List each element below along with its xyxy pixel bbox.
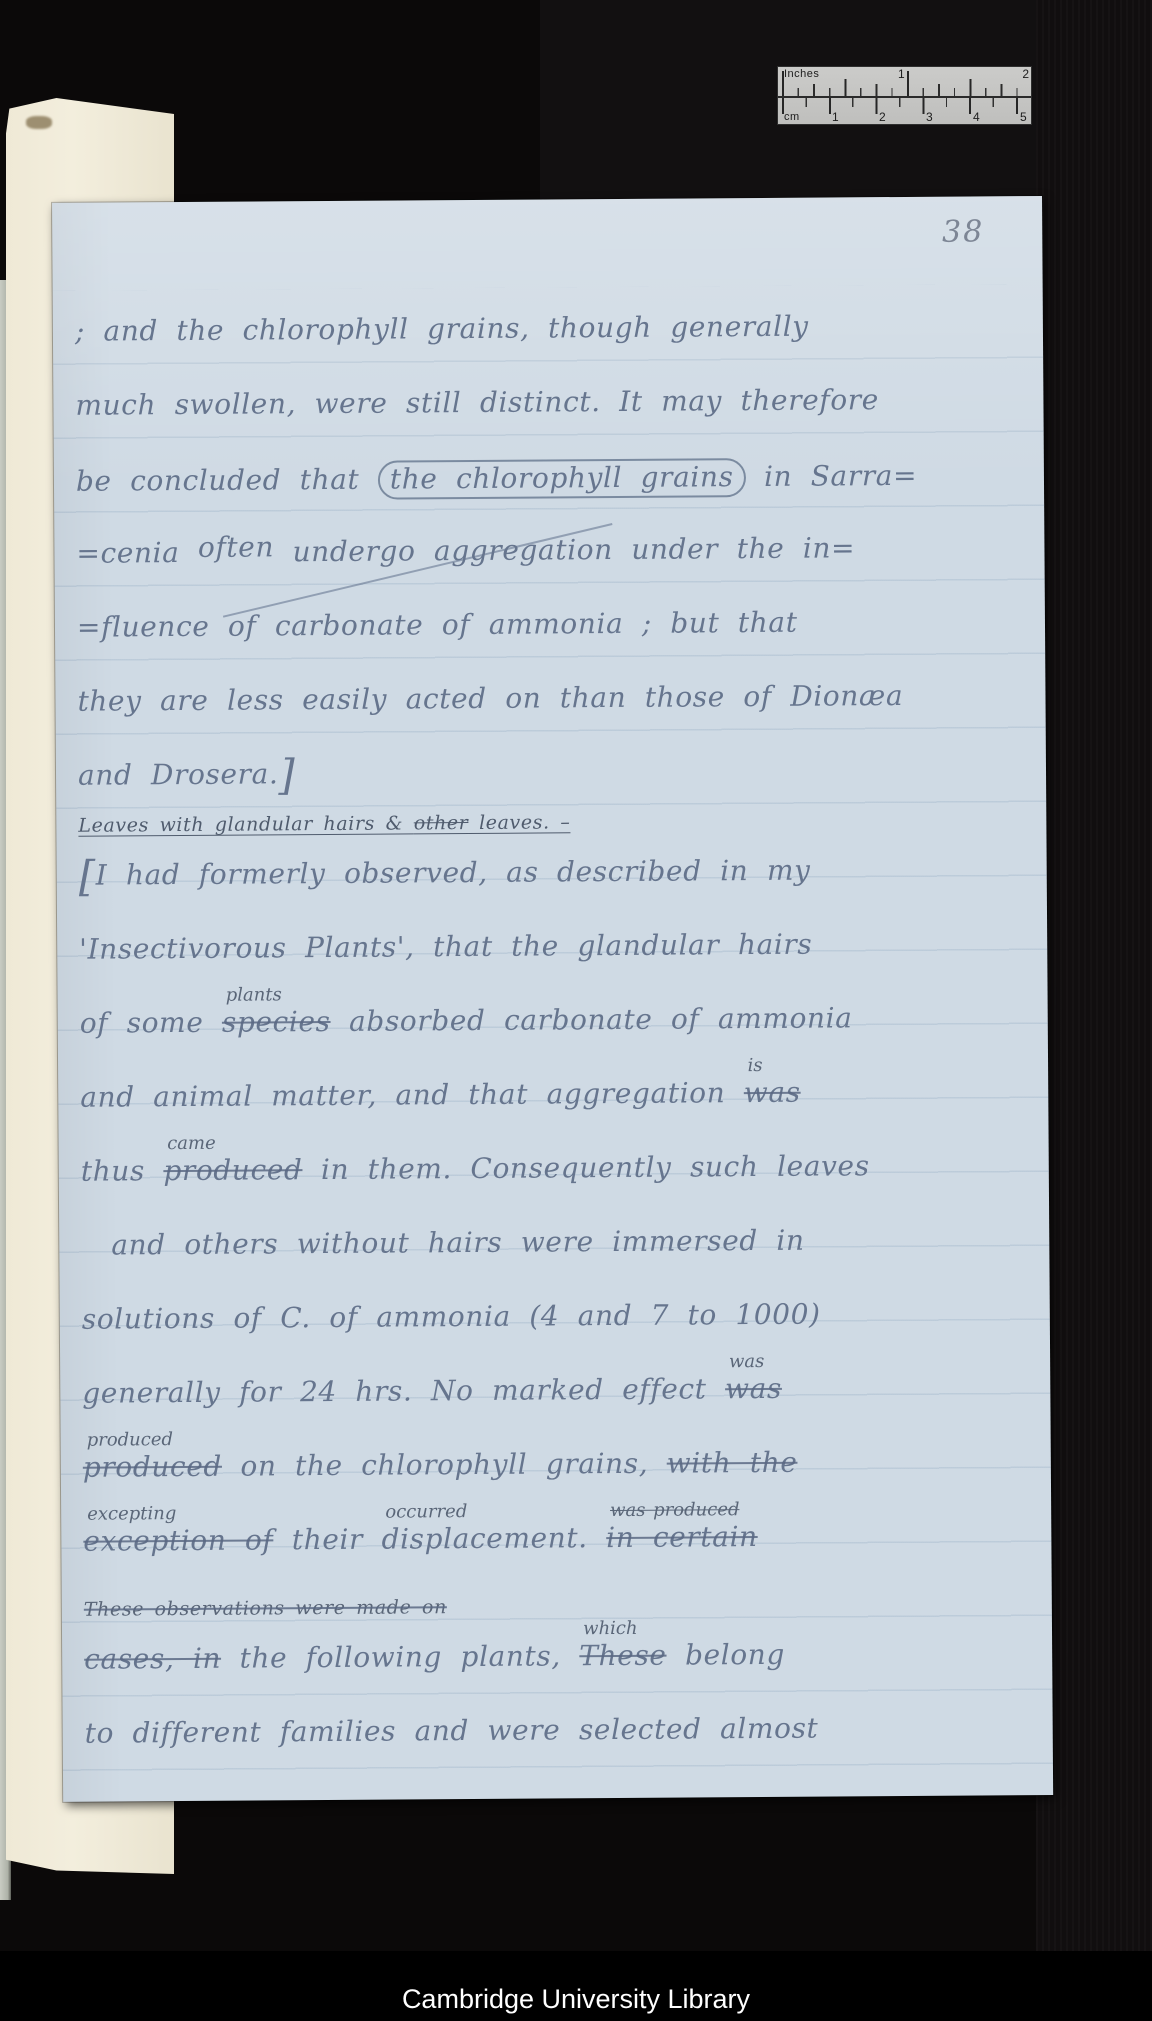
struck-word: other (414, 812, 469, 834)
text-run: the following plants, (221, 1639, 579, 1675)
manuscript-line: cases, in the following plants, Thesewhi… (84, 1636, 1044, 1717)
text-run: leaves. – (468, 811, 570, 834)
struck-word: wasis (744, 1076, 801, 1109)
manuscript-line: solutions of C. of ammonia (4 and 7 to 1… (82, 1296, 1042, 1377)
text-run: of some (80, 1006, 222, 1040)
interlinear-insertion: produced (87, 1429, 173, 1451)
text-run: and others without hairs were immersed i… (111, 1224, 804, 1262)
text-run: =cenia (76, 536, 198, 570)
text-run: their (273, 1523, 381, 1557)
text-run: ] (278, 750, 295, 799)
text-run: to different families and were selected … (85, 1712, 819, 1750)
text-run: thus (81, 1154, 164, 1188)
manuscript-line: be concluded that the chlorophyll grains… (76, 456, 1036, 537)
manuscript-text: ; and the chlorophyll grains, though gen… (75, 308, 1045, 1791)
text-run: be concluded that (76, 463, 378, 498)
manuscript-line: to different families and were selected … (85, 1710, 1045, 1791)
text-run: 'Insectivorous Plants', that the glandul… (79, 928, 812, 966)
manuscript-line: and others without hairs were immersed i… (111, 1222, 1041, 1302)
ruler-cm-ticks (778, 98, 1031, 124)
text-run: undergo aggregation under the in= (274, 531, 855, 568)
text-run (588, 1521, 607, 1554)
manuscript-line: thus producedcame in them. Consequently … (81, 1148, 1041, 1229)
ruler-cm-mark-2: 2 (879, 110, 886, 124)
manuscript-paper: 38 ; and the chlorophyll grains, though … (52, 196, 1053, 1802)
manuscript-line: 'Insectivorous Plants', that the glandul… (79, 926, 1039, 1007)
text-run: solutions of C. of ammonia (4 and 7 to 1… (82, 1298, 821, 1336)
ruler-cm-scale: cm 1 2 3 4 5 (778, 98, 1031, 124)
struck-word: These observations were made on (84, 1596, 447, 1621)
manuscript-line: they are less easily acted on than those… (77, 678, 1037, 759)
struck-word: producedproduced (83, 1450, 222, 1484)
page-number: 38 (942, 214, 984, 249)
ruler-inch-scale: Inches 1 2 (778, 67, 1031, 98)
text-run: Leaves with glandular hairs & (78, 812, 414, 836)
manuscript-line: ; and the chlorophyll grains, though gen… (75, 308, 1035, 389)
struck-word: with the (667, 1446, 798, 1480)
struck-word: in certainwas produced (606, 1520, 758, 1554)
text-run: [ (79, 852, 96, 901)
library-caption: Cambridge University Library (0, 1984, 1152, 2015)
manuscript-line: generally for 24 hrs. No marked effect w… (82, 1370, 1042, 1451)
struck-word: producedcame (163, 1153, 302, 1187)
manuscript-line: exception ofexcepting their displacement… (83, 1518, 1043, 1599)
manuscript-line: and animal matter, and that aggregation … (80, 1074, 1040, 1155)
text-run: absorbed carbonate of ammonia (330, 1001, 852, 1038)
text-run: displacement.occurred (381, 1521, 587, 1555)
binding-smudge (26, 116, 52, 129)
text-run: and animal matter, and that aggregation (80, 1076, 744, 1114)
interlinear-insertion: excepting (87, 1503, 176, 1525)
ruler-cm-mark-3: 3 (926, 110, 933, 124)
ruler-cm-mark-4: 4 (973, 110, 980, 124)
manuscript-line: of some speciesplants absorbed carbonate… (80, 1000, 1040, 1081)
struck-word: Thesewhich (579, 1639, 666, 1673)
manuscript-line: [I had formerly observed, as described i… (79, 852, 1039, 933)
ruler: Inches 1 2 cm 1 2 3 4 5 (777, 66, 1032, 125)
ruler-cm-label: cm (784, 111, 800, 123)
text-run: =fluence of carbonate of ammonia ; but t… (77, 606, 798, 644)
manuscript-line: =cenia often undergo aggregation under t… (76, 530, 1036, 611)
text-run: ; and the chlorophyll grains, though gen… (75, 310, 809, 348)
velvet-background-right (1036, 0, 1152, 2021)
interlinear-insertion: was produced (610, 1499, 740, 1521)
text-run: and Drosera. (78, 757, 279, 791)
interlinear-insertion: occurred (385, 1501, 467, 1523)
text-run: much swollen, were still distinct. It ma… (75, 383, 879, 422)
circled-phrase: the chlorophyll grains (378, 458, 746, 500)
text-run: I had formerly observed, as described in… (96, 854, 811, 892)
manuscript-line: These observations were made on (84, 1592, 1044, 1643)
text-run: in Sarra= (745, 459, 917, 493)
text-run: they are less easily acted on than those… (77, 679, 903, 718)
text-run: on the chlorophyll grains, (222, 1447, 667, 1483)
text-run: in them. Consequently such leaves (302, 1149, 869, 1186)
interlinear-insertion: plants (226, 984, 282, 1005)
ruler-cm-mark-1: 1 (832, 110, 839, 124)
manuscript-line: Leaves with glandular hairs & other leav… (78, 808, 1038, 859)
manuscript-line: producedproduced on the chlorophyll grai… (83, 1444, 1043, 1525)
manuscript-line: =fluence of carbonate of ammonia ; but t… (77, 604, 1037, 685)
ruler-inch-mark-1: 1 (898, 67, 905, 81)
interlinear-insertion: was (729, 1351, 765, 1372)
struck-word: exception ofexcepting (83, 1523, 273, 1557)
text-run: belong (666, 1638, 785, 1672)
interlinear-insertion: is (748, 1055, 763, 1076)
struck-word: speciesplants (222, 1005, 331, 1039)
text-run: generally for 24 hrs. No marked effect (82, 1372, 725, 1409)
struck-word: cases, in (84, 1642, 221, 1676)
struck-word: waswas (725, 1372, 782, 1405)
text-run: often (198, 530, 274, 564)
ruler-inch-mark-2: 2 (1022, 67, 1029, 81)
ruler-inches-label: Inches (784, 68, 819, 80)
interlinear-insertion: which (583, 1618, 638, 1639)
manuscript-line: and Drosera.] (78, 752, 1038, 815)
manuscript-line: much swollen, were still distinct. It ma… (75, 382, 1035, 463)
interlinear-insertion: came (167, 1133, 216, 1154)
ruler-cm-mark-5: 5 (1020, 110, 1027, 124)
